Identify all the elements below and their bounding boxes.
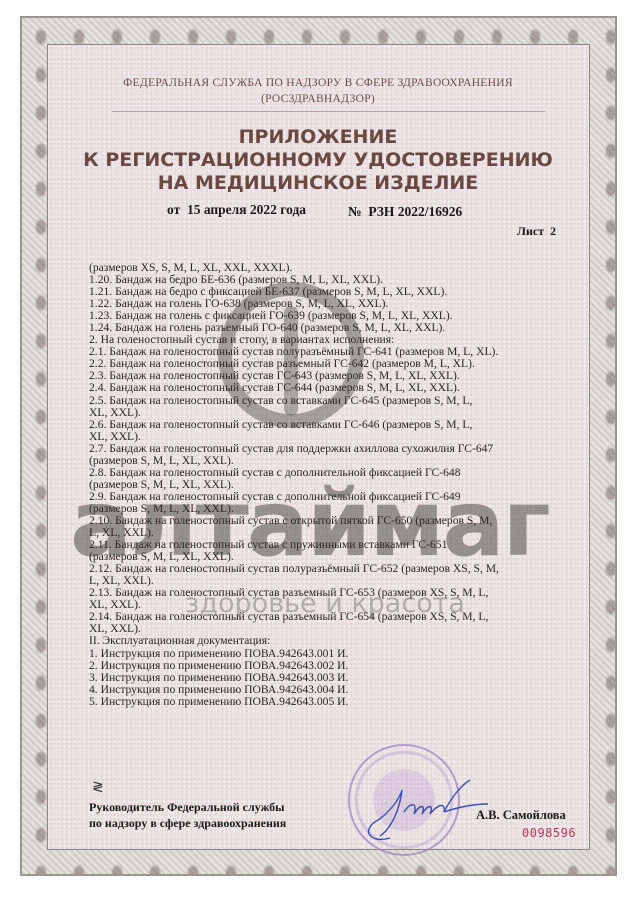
header-divider (112, 111, 545, 112)
list-item: 2.12. Бандаж на голеностопный сустав пол… (89, 563, 569, 575)
list-item: 2.7. Бандаж на голеностопный сустав для … (89, 443, 569, 455)
signer-name: А.В. Самойлова (476, 807, 566, 823)
document-title-line1: ПРИЛОЖЕНИЕ (0, 126, 636, 148)
list-item: 3. Инструкция по применению ПОВА.942643.… (89, 672, 569, 684)
list-item: 5. Инструкция по применению ПОВА.942643.… (89, 696, 569, 708)
registration-number: № РЗН 2022/16926 (348, 204, 462, 220)
list-item: 2.14. Бандаж на голеностопный сустав раз… (89, 611, 569, 623)
list-item: (размеров S, M, L, XL, XXL). (89, 455, 569, 467)
list-item: 2.5. Бандаж на голеностопный сустав со в… (89, 395, 569, 407)
issue-date: от 15 апреля 2022 года (167, 202, 306, 218)
form-serial-number: 0098596 (522, 826, 576, 840)
list-item: 1. Инструкция по применению ПОВА.942643.… (89, 648, 569, 660)
document-title-line3: НА МЕДИЦИНСКОЕ ИЗДЕЛИЕ (0, 172, 636, 194)
signature-icon (360, 778, 490, 848)
list-item: 2.13. Бандаж на голеностопный сустав раз… (89, 587, 569, 599)
list-item: XL, XXL). (89, 407, 569, 419)
agency-abbreviation: (РОСЗДРАВНАДЗОР) (0, 93, 636, 105)
list-item: II. Эксплуатационная документация: (89, 635, 569, 647)
agency-name: ФЕДЕРАЛЬНАЯ СЛУЖБА ПО НАДЗОРУ В СФЕРЕ ЗД… (0, 77, 636, 89)
list-item: 4. Инструкция по применению ПОВА.942643.… (89, 684, 569, 696)
list-item: 2.6. Бандаж на голеностопный сустав со в… (89, 419, 569, 431)
signer-title-line1: Руководитель Федеральной службы (89, 799, 285, 815)
registration-item-list: (размеров XS, S, M, L, XL, XXL, XXXL).1.… (89, 262, 569, 708)
list-item: XL, XXL). (89, 431, 569, 443)
end-mark-icon: ≷ (92, 779, 104, 796)
list-item: 2.10. Бандаж на голеностопный сустав с о… (89, 515, 569, 527)
signer-title-line2: по надзору в сфере здравоохранения (89, 815, 286, 831)
sheet-number: Лист 2 (517, 224, 556, 239)
list-item: 2. Инструкция по применению ПОВА.942643.… (89, 660, 569, 672)
document-title-line2: К РЕГИСТРАЦИОННОМУ УДОСТОВЕРЕНИЮ (0, 149, 636, 171)
list-item: 2.4. Бандаж на голеностопный сустав ГС-6… (89, 382, 569, 394)
